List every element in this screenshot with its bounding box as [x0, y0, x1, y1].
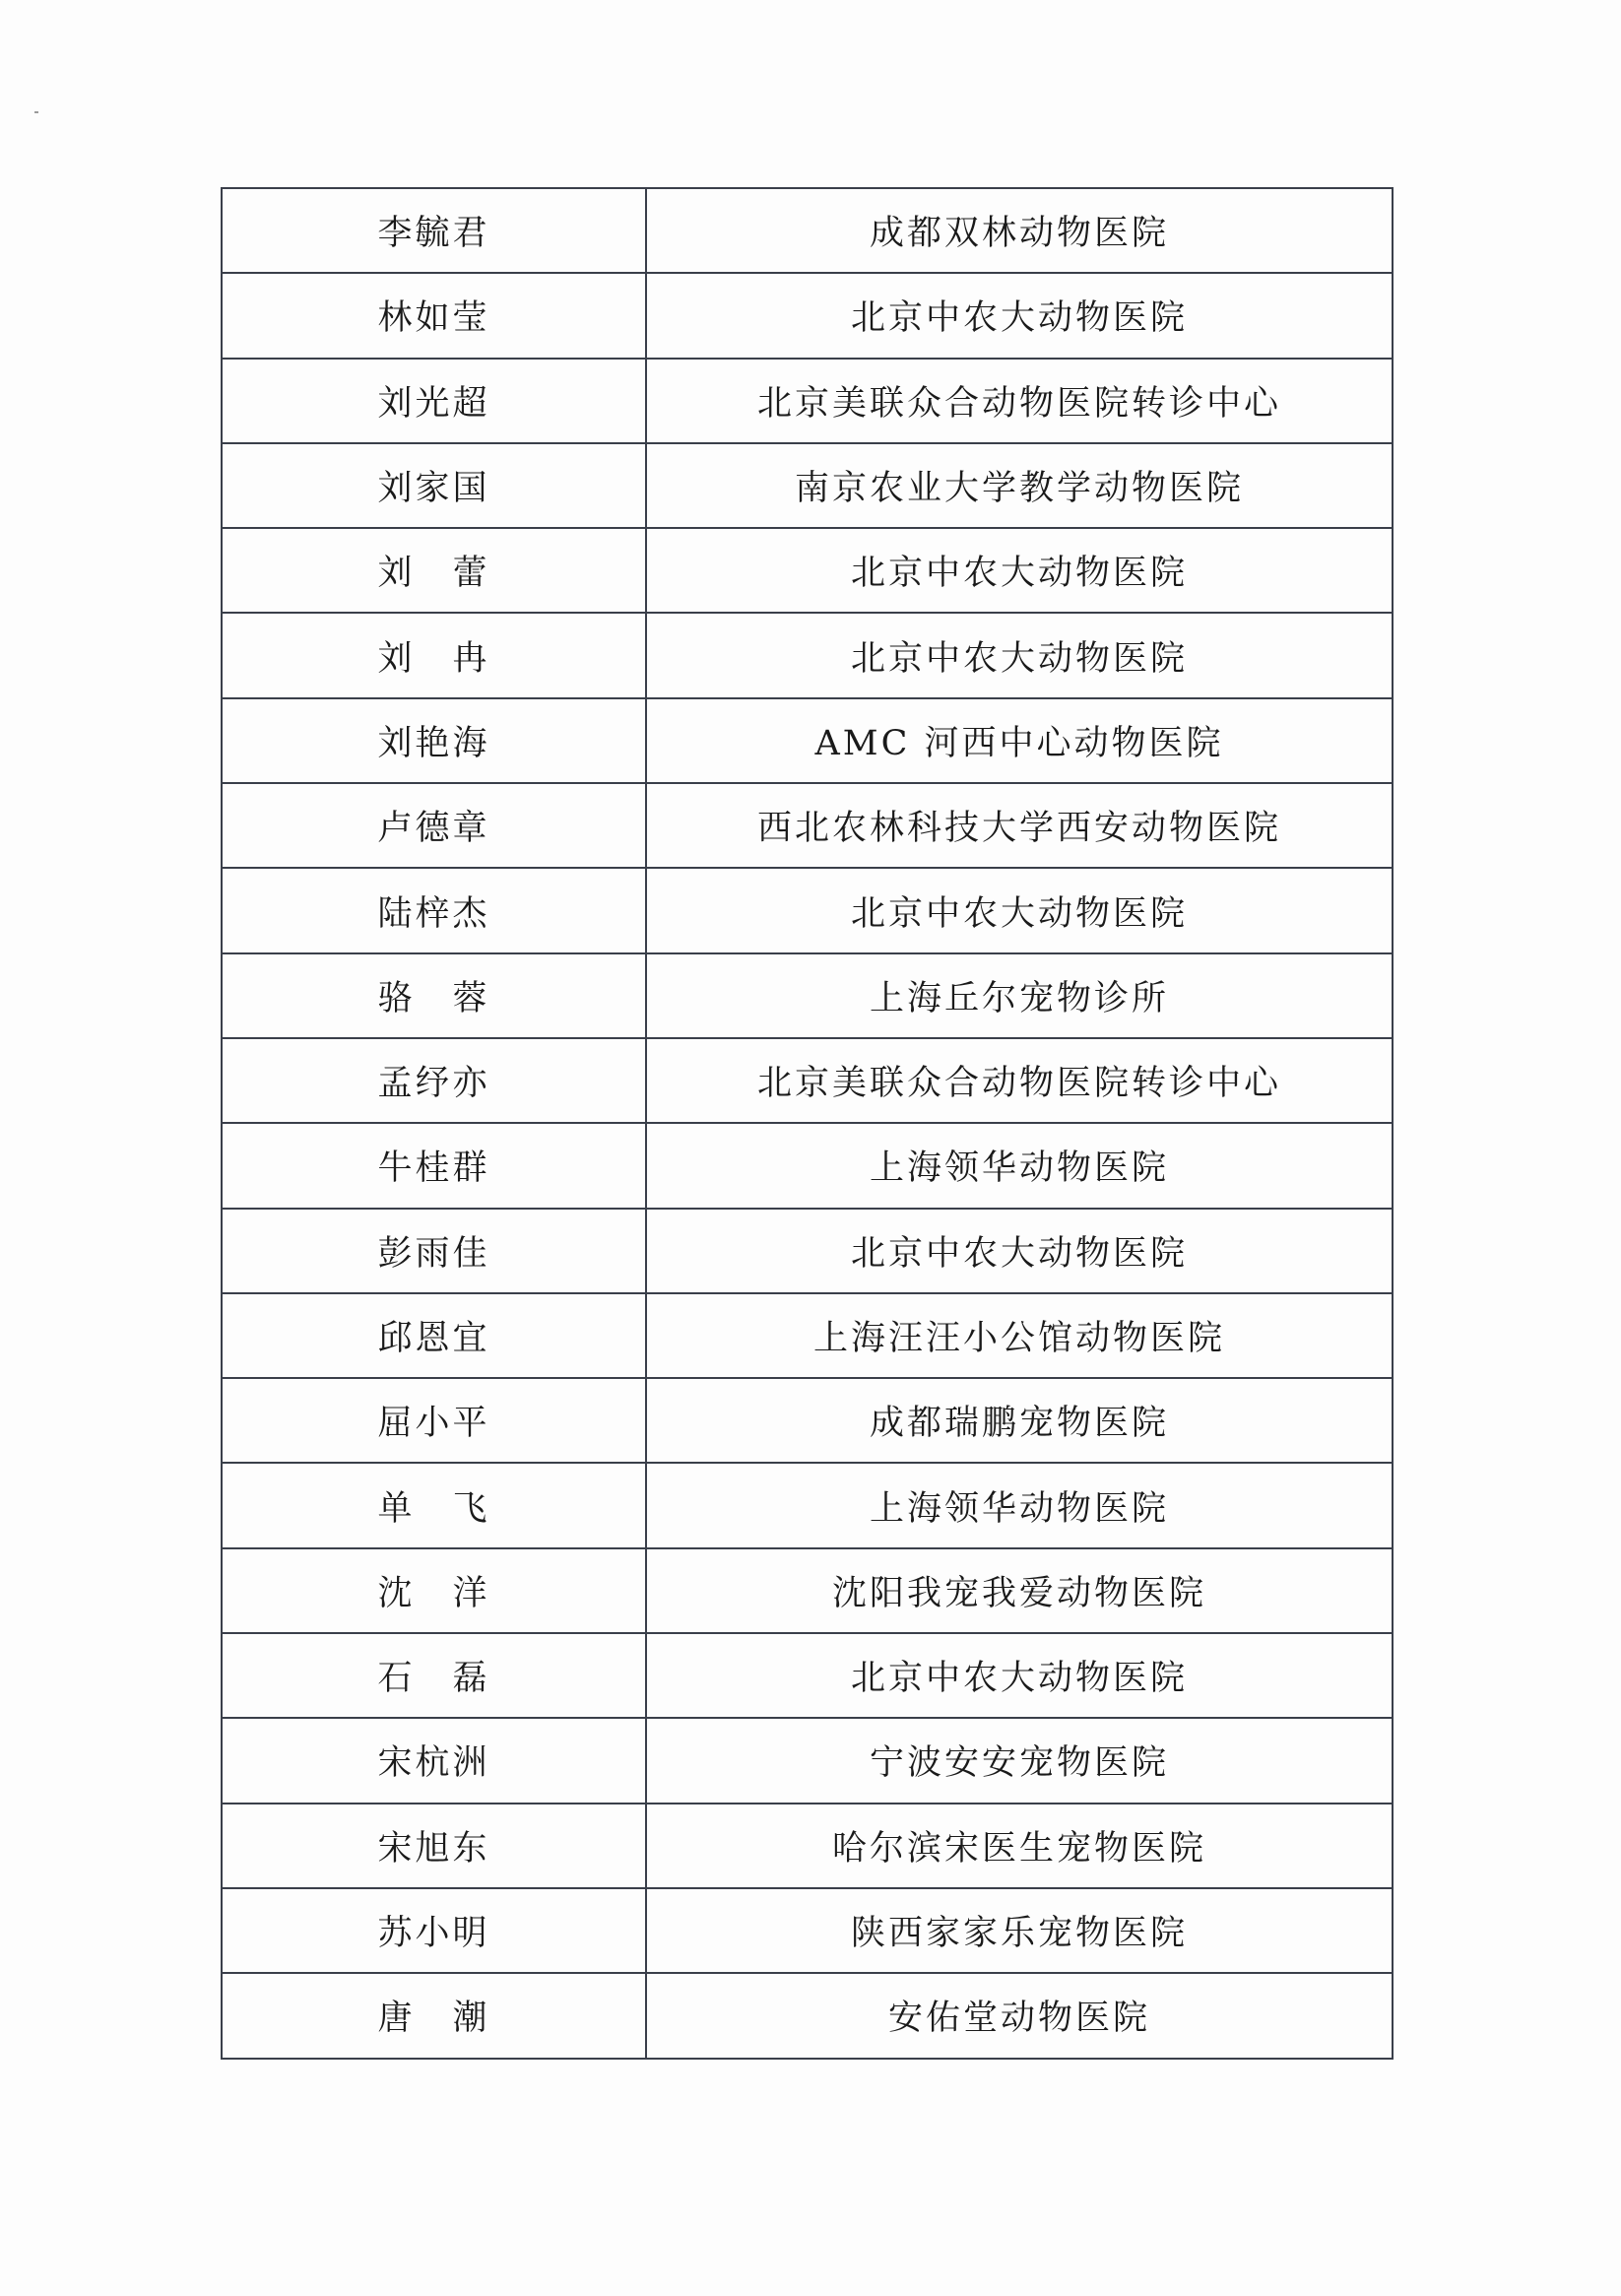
name-cell: 李毓君: [222, 188, 646, 273]
organization-name: 北京中农大动物医院: [851, 639, 1188, 679]
table-row: 陆梓杰 北京中农大动物医院: [222, 868, 1393, 952]
roster-table: 李毓君 成都双林动物医院 林如莹 北京中农大动物医院 刘光超 北京美联众合动物医…: [221, 187, 1394, 2060]
person-name: 沈 洋: [377, 1566, 489, 1615]
table-row: 宋旭东 哈尔滨宋医生宠物医院: [222, 1804, 1393, 1888]
organization-name: 安佑堂动物医院: [888, 1999, 1150, 2038]
table-row: 骆 蓉 上海丘尔宠物诊所: [222, 953, 1393, 1038]
name-cell: 刘光超: [222, 359, 646, 443]
organization-name: 上海领华动物医院: [870, 1489, 1169, 1529]
organization-name: 成都双林动物医院: [870, 214, 1169, 253]
person-name: 宋杭洲: [377, 1736, 489, 1785]
org-cell: 宁波安安宠物医院: [646, 1718, 1393, 1803]
name-cell: 苏小明: [222, 1888, 646, 1973]
org-cell: 沈阳我宠我爱动物医院: [646, 1548, 1393, 1633]
org-cell: 陕西家家乐宠物医院: [646, 1888, 1393, 1973]
table-row: 李毓君 成都双林动物医院: [222, 188, 1393, 273]
name-cell: 刘 冉: [222, 613, 646, 697]
org-cell: 北京美联众合动物医院转诊中心: [646, 359, 1393, 443]
person-name: 陆梓杰: [377, 886, 489, 936]
org-cell: 西北农林科技大学西安动物医院: [646, 783, 1393, 868]
person-name: 苏小明: [377, 1906, 489, 1955]
organization-name: 宁波安安宠物医院: [870, 1743, 1169, 1783]
person-name: 单 飞: [377, 1481, 489, 1531]
org-cell: 上海丘尔宠物诊所: [646, 953, 1393, 1038]
person-name: 刘 冉: [377, 631, 489, 681]
person-name: 刘艳海: [377, 716, 489, 765]
person-name: 刘 蕾: [377, 546, 489, 595]
organization-name: 上海领华动物医院: [870, 1148, 1169, 1188]
person-name: 刘光超: [377, 376, 489, 426]
table-row: 沈 洋 沈阳我宠我爱动物医院: [222, 1548, 1393, 1633]
org-cell: 北京中农大动物医院: [646, 613, 1393, 697]
table-row: 刘 蕾 北京中农大动物医院: [222, 528, 1393, 613]
table-row: 卢德章 西北农林科技大学西安动物医院: [222, 783, 1393, 868]
table-row: 刘艳海 AMC 河西中心动物医院: [222, 698, 1393, 783]
org-cell: 哈尔滨宋医生宠物医院: [646, 1804, 1393, 1888]
person-name: 牛桂群: [377, 1141, 489, 1190]
table-row: 牛桂群 上海领华动物医院: [222, 1123, 1393, 1208]
name-cell: 石 磊: [222, 1633, 646, 1718]
name-cell: 陆梓杰: [222, 868, 646, 952]
organization-name: 成都瑞鹏宠物医院: [870, 1404, 1169, 1443]
table-row: 邱恩宜 上海汪汪小公馆动物医院: [222, 1293, 1393, 1378]
table-row: 林如莹 北京中农大动物医院: [222, 273, 1393, 358]
organization-name: 北京中农大动物医院: [851, 1234, 1188, 1274]
organization-name: 北京中农大动物医院: [851, 554, 1188, 593]
person-name: 卢德章: [377, 801, 489, 850]
org-cell: 上海领华动物医院: [646, 1123, 1393, 1208]
person-name: 彭雨佳: [377, 1226, 489, 1276]
organization-name: 西北农林科技大学西安动物医院: [757, 809, 1281, 848]
name-cell: 刘艳海: [222, 698, 646, 783]
person-name: 唐 潮: [377, 1991, 489, 2040]
table-row: 宋杭洲 宁波安安宠物医院: [222, 1718, 1393, 1803]
org-cell: 上海领华动物医院: [646, 1463, 1393, 1547]
name-cell: 沈 洋: [222, 1548, 646, 1633]
person-name: 林如莹: [377, 291, 489, 340]
organization-name: 北京美联众合动物医院转诊中心: [757, 1064, 1281, 1103]
table-row: 单 飞 上海领华动物医院: [222, 1463, 1393, 1547]
person-name: 宋旭东: [377, 1821, 489, 1870]
person-name: 刘家国: [377, 461, 489, 510]
table-row: 刘光超 北京美联众合动物医院转诊中心: [222, 359, 1393, 443]
person-name: 邱恩宜: [377, 1311, 489, 1360]
organization-name: 陕西家家乐宠物医院: [851, 1914, 1188, 1953]
table-row: 刘家国 南京农业大学教学动物医院: [222, 443, 1393, 528]
scan-artifact: [34, 111, 38, 113]
name-cell: 屈小平: [222, 1378, 646, 1463]
table-row: 彭雨佳 北京中农大动物医院: [222, 1209, 1393, 1293]
name-cell: 单 飞: [222, 1463, 646, 1547]
table-row: 苏小明 陕西家家乐宠物医院: [222, 1888, 1393, 1973]
name-cell: 卢德章: [222, 783, 646, 868]
person-name: 屈小平: [377, 1396, 489, 1445]
organization-name: 沈阳我宠我爱动物医院: [832, 1574, 1206, 1613]
person-name: 孟纾亦: [377, 1056, 489, 1105]
table-row: 石 磊 北京中农大动物医院: [222, 1633, 1393, 1718]
organization-name: 北京美联众合动物医院转诊中心: [757, 384, 1281, 424]
organization-name: 北京中农大动物医院: [851, 1659, 1188, 1698]
org-cell: 北京美联众合动物医院转诊中心: [646, 1038, 1393, 1123]
org-cell: 北京中农大动物医院: [646, 1633, 1393, 1718]
organization-name: 南京农业大学教学动物医院: [795, 469, 1244, 508]
person-name: 石 磊: [377, 1651, 489, 1700]
org-cell: 北京中农大动物医院: [646, 868, 1393, 952]
org-cell: 南京农业大学教学动物医院: [646, 443, 1393, 528]
org-cell: 成都双林动物医院: [646, 188, 1393, 273]
name-cell: 刘家国: [222, 443, 646, 528]
organization-name: 北京中农大动物医院: [851, 894, 1188, 934]
name-cell: 宋旭东: [222, 1804, 646, 1888]
name-cell: 邱恩宜: [222, 1293, 646, 1378]
name-cell: 刘 蕾: [222, 528, 646, 613]
org-cell: 北京中农大动物医院: [646, 1209, 1393, 1293]
name-cell: 牛桂群: [222, 1123, 646, 1208]
org-cell: 北京中农大动物医院: [646, 273, 1393, 358]
organization-name: AMC 河西中心动物医院: [814, 724, 1223, 763]
table-row: 唐 潮 安佑堂动物医院: [222, 1973, 1393, 2058]
organization-name: 北京中农大动物医院: [851, 298, 1188, 338]
name-cell: 宋杭洲: [222, 1718, 646, 1803]
name-cell: 林如莹: [222, 273, 646, 358]
name-cell: 骆 蓉: [222, 953, 646, 1038]
document-page: 李毓君 成都双林动物医院 林如莹 北京中农大动物医院 刘光超 北京美联众合动物医…: [0, 0, 1621, 2296]
name-cell: 孟纾亦: [222, 1038, 646, 1123]
organization-name: 上海汪汪小公馆动物医院: [813, 1319, 1225, 1358]
table-row: 屈小平 成都瑞鹏宠物医院: [222, 1378, 1393, 1463]
table-row: 刘 冉 北京中农大动物医院: [222, 613, 1393, 697]
org-cell: 上海汪汪小公馆动物医院: [646, 1293, 1393, 1378]
table-row: 孟纾亦 北京美联众合动物医院转诊中心: [222, 1038, 1393, 1123]
name-cell: 彭雨佳: [222, 1209, 646, 1293]
organization-name: 上海丘尔宠物诊所: [870, 979, 1169, 1018]
person-name: 骆 蓉: [377, 971, 489, 1020]
org-cell: 北京中农大动物医院: [646, 528, 1393, 613]
org-cell: 成都瑞鹏宠物医院: [646, 1378, 1393, 1463]
organization-name: 哈尔滨宋医生宠物医院: [832, 1829, 1206, 1869]
org-cell: AMC 河西中心动物医院: [646, 698, 1393, 783]
person-name: 李毓君: [377, 206, 489, 255]
name-cell: 唐 潮: [222, 1973, 646, 2058]
org-cell: 安佑堂动物医院: [646, 1973, 1393, 2058]
